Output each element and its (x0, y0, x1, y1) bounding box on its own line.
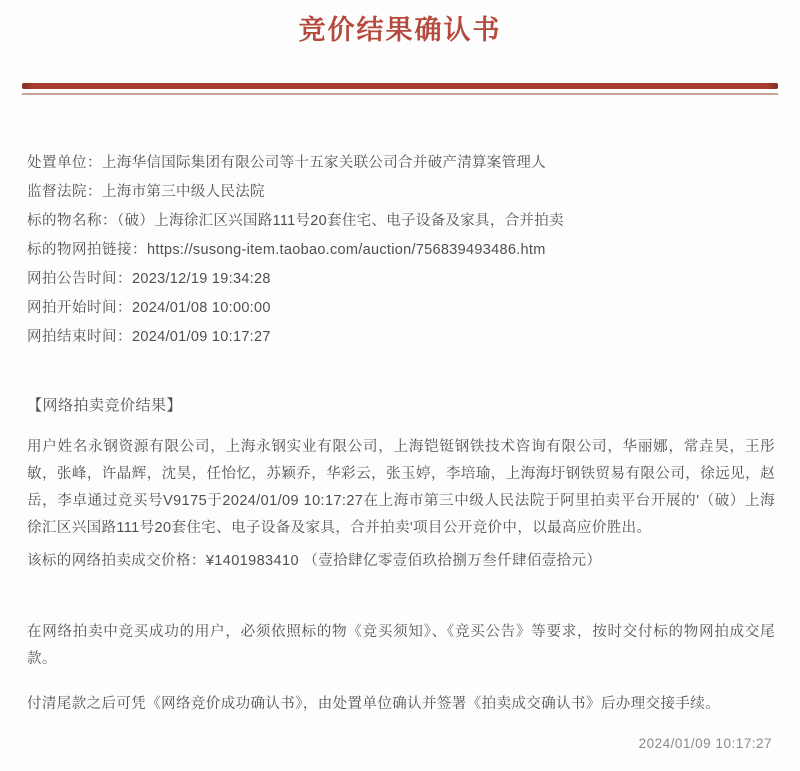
field-label: 网拍公告时间： (27, 271, 132, 287)
field-row-start-time: 网拍开始时间：2024/01/08 10:00:00 (27, 294, 773, 323)
result-section-heading: 【网络拍卖竞价结果】 (27, 396, 773, 416)
note-payment-requirement: 在网络拍卖中竞买成功的用户，必须依照标的物《竞买须知》、《竞买公告》等要求，按时… (27, 619, 775, 673)
field-row-auction-link: 标的物网拍链接：https://susong-item.taobao.com/a… (27, 236, 773, 265)
field-label: 标的物网拍链接： (27, 242, 147, 258)
confirmation-document: 竞价结果确认书 处置单位：上海华信国际集团有限公司等十五家关联公司合并破产清算案… (0, 0, 800, 771)
deal-price-line: 该标的网络拍卖成交价格：¥1401983410 （壹拾肆亿零壹佰玖拾捌万叁仟肆佰… (27, 548, 775, 575)
field-value: 上海华信国际集团有限公司等十五家关联公司合并破产清算案管理人 (102, 155, 546, 171)
field-value: （破）上海徐汇区兴国路111号20套住宅、电子设备及家具，合并拍卖 (117, 213, 564, 229)
result-paragraph: 用户姓名永钢资源有限公司，上海永钢实业有限公司，上海铠铤钢铁技术咨询有限公司，华… (27, 434, 775, 542)
divider-thick-rule (22, 83, 778, 89)
footer-timestamp: 2024/01/09 10:17:27 (639, 736, 772, 751)
deal-price-amount: ¥1401983410 (206, 553, 299, 569)
field-label: 网拍结束时间： (27, 329, 132, 345)
field-row-end-time: 网拍结束时间：2024/01/09 10:17:27 (27, 323, 773, 352)
field-row-subject-name: 标的物名称：（破）上海徐汇区兴国路111号20套住宅、电子设备及家具，合并拍卖 (27, 207, 773, 236)
divider-thin-rule (22, 93, 778, 95)
field-label: 标的物名称： (27, 213, 117, 229)
field-row-supervising-court: 监督法院：上海市第三中级人民法院 (27, 178, 773, 207)
field-list: 处置单位：上海华信国际集团有限公司等十五家关联公司合并破产清算案管理人 监督法院… (27, 149, 773, 352)
field-row-disposal-unit: 处置单位：上海华信国际集团有限公司等十五家关联公司合并破产清算案管理人 (27, 149, 773, 178)
field-row-announce-time: 网拍公告时间：2023/12/19 19:34:28 (27, 265, 773, 294)
field-label: 监督法院： (27, 184, 102, 200)
field-label: 处置单位： (27, 155, 102, 171)
field-label: 网拍开始时间： (27, 300, 132, 316)
deal-price-words: （壹拾肆亿零壹佰玖拾捌万叁仟肆佰壹拾元） (303, 553, 601, 569)
note-handover-procedure: 付清尾款之后可凭《网络竞价成功确认书》，由处置单位确认并签署《拍卖成交确认书》后… (27, 691, 775, 718)
field-value: 上海市第三中级人民法院 (102, 184, 265, 200)
deal-price-label: 该标的网络拍卖成交价格： (27, 553, 206, 569)
field-value: 2024/01/08 10:00:00 (132, 300, 271, 316)
field-value: 2024/01/09 10:17:27 (132, 329, 271, 345)
page-title: 竞价结果确认书 (0, 0, 800, 47)
field-value: 2023/12/19 19:34:28 (132, 271, 271, 287)
auction-link[interactable]: https://susong-item.taobao.com/auction/7… (147, 242, 546, 258)
